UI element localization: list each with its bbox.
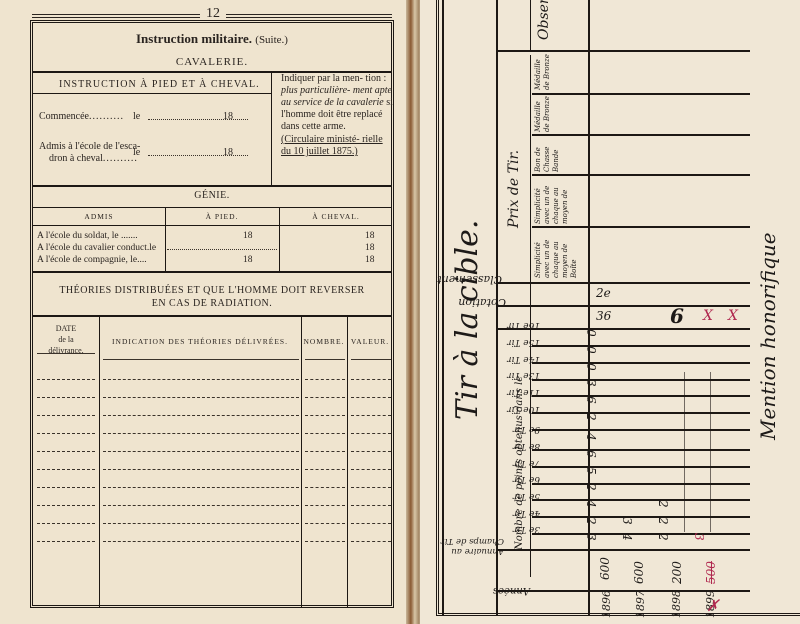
- divider: [532, 134, 750, 136]
- genie-soldat-cheval: 18: [365, 231, 375, 241]
- genie-col-admis: ADMIS: [33, 212, 165, 221]
- genie-compagnie-cheval: 18: [365, 255, 375, 265]
- classement-header: Classement: [437, 273, 502, 286]
- tir-row-label: 15e Tir: [507, 337, 540, 347]
- commencee-le: le: [133, 111, 140, 122]
- annee-2: 1897: [634, 590, 647, 618]
- theory-row-line[interactable]: [103, 523, 299, 524]
- tir-row-label: 10e Tir: [507, 404, 540, 414]
- observations-header: Observations: [536, 0, 552, 40]
- tir-score: 4: [620, 533, 634, 541]
- prix-col-simplicite-1: Simplicité avec un de chaque au moyen de: [534, 174, 570, 224]
- divider: [347, 315, 348, 607]
- divider: [532, 93, 750, 95]
- divider: [33, 271, 391, 273]
- tir-score: 3: [620, 517, 634, 525]
- divider: [442, 0, 444, 616]
- tir-score: 2: [584, 483, 598, 491]
- theory-row-line[interactable]: [305, 541, 345, 542]
- divider: [684, 372, 685, 532]
- tir-row-divider: [532, 395, 750, 397]
- annuaire-1896: 600: [598, 557, 612, 580]
- admis-escadron-date-field[interactable]: [148, 155, 248, 156]
- annuaire-1899: 500: [704, 561, 718, 584]
- cotation-red-mark-2: X: [728, 308, 738, 324]
- cotation-red-mark-1: X: [703, 308, 713, 324]
- theory-row-line[interactable]: [351, 379, 391, 380]
- theory-row-line[interactable]: [351, 397, 391, 398]
- cavalerie-note: Indiquer par la men- tion : plus particu…: [281, 73, 393, 158]
- theory-row-line[interactable]: [37, 397, 95, 398]
- commencee-year: 18: [223, 111, 233, 122]
- tir-row-divider: [532, 499, 750, 501]
- divider: [33, 225, 391, 226]
- genie-row-cavalier: A l'école du cavalier conduct.le: [37, 243, 156, 253]
- right-page: Tir à la cible. Observations Prix de Tir…: [420, 0, 800, 624]
- prix-col-simplicite-2: Simplicité avec un de chaque au moyen de…: [534, 228, 579, 278]
- mention-honorifique: Mention honorifique: [756, 232, 780, 440]
- prix-col-medaille: Médaille de Bronze: [534, 96, 552, 132]
- tir-row-label: 5e Tir: [513, 491, 540, 501]
- theory-row-line[interactable]: [37, 523, 95, 524]
- tir-score: 0: [584, 346, 598, 354]
- cavalerie-subheading: INSTRUCTION À PIED ET À CHEVAL.: [59, 79, 260, 90]
- divider: [33, 315, 391, 317]
- commencee-label: Commencée..........: [39, 111, 124, 122]
- genie-heading: GÉNIE.: [33, 190, 391, 201]
- theory-row-line[interactable]: [37, 541, 95, 542]
- annuaire-1897: 600: [632, 561, 646, 584]
- theory-row-line[interactable]: [305, 415, 345, 416]
- tir-score: 2: [584, 517, 598, 525]
- tir-row-divider: [532, 516, 750, 518]
- col-indication: INDICATION DES THÉORIES DÉLIVRÉES.: [99, 337, 301, 346]
- annee-3: 1898: [670, 590, 683, 618]
- tir-score: 4: [584, 433, 598, 441]
- theory-row-line[interactable]: [37, 505, 95, 506]
- tir-row-divider: [532, 533, 750, 535]
- theory-row-line[interactable]: [351, 415, 391, 416]
- genie-col-cheval: À CHEVAL.: [279, 212, 393, 221]
- tir-score: 3: [584, 379, 598, 387]
- theory-row-line[interactable]: [351, 469, 391, 470]
- divider: [530, 0, 531, 50]
- theory-row-line[interactable]: [103, 469, 299, 470]
- cotation-mark-c: 6: [670, 304, 684, 328]
- cavalerie-heading: CAVALERIE.: [33, 56, 391, 68]
- theories-heading-1: THÉORIES DISTRIBUÉES ET QUE L'HOMME DOIT…: [33, 285, 391, 296]
- genie-cavalier-cheval: 18: [365, 243, 375, 253]
- divider: [498, 282, 750, 284]
- tir-row-label: 16e Tir: [507, 320, 540, 330]
- theory-row-line[interactable]: [351, 451, 391, 452]
- tir-row-divider: [532, 379, 750, 381]
- theory-row-line[interactable]: [103, 451, 299, 452]
- genie-cavalier-pied-field[interactable]: [167, 249, 277, 250]
- row-line: [305, 359, 345, 360]
- divider: [279, 207, 280, 271]
- tir-score: 6: [584, 450, 598, 458]
- annuaire-header: Annuaire au Champs de Tir: [428, 536, 504, 556]
- theory-row-line[interactable]: [351, 523, 391, 524]
- form-frame: Instruction militaire. (Suite.) CAVALERI…: [30, 20, 394, 608]
- prix-col-medaille-bronze: Médaille de Bronze: [534, 54, 552, 90]
- theory-row-line[interactable]: [305, 451, 345, 452]
- theory-row-line[interactable]: [351, 505, 391, 506]
- divider: [99, 315, 100, 607]
- genie-row-compagnie: A l'école de compagnie, le....: [37, 255, 147, 265]
- divider: [498, 305, 750, 307]
- tir-score: 2: [584, 413, 598, 421]
- theory-row-line[interactable]: [351, 541, 391, 542]
- classement-value: 2e: [596, 286, 611, 300]
- section-title: Tir à la cible.: [450, 220, 485, 420]
- tir-score: 6: [584, 396, 598, 404]
- annee-1: 1896: [600, 590, 613, 618]
- col-nombre: NOMBRE.: [301, 337, 347, 346]
- tir-score: 3: [692, 533, 706, 541]
- divider: [498, 549, 750, 551]
- annuaire-1898: 200: [670, 561, 684, 584]
- col-date: DATE de la délivrance.: [33, 323, 99, 356]
- tir-score: 5: [584, 467, 598, 475]
- divider: [271, 73, 272, 185]
- tir-row-label: 8e Tir: [513, 441, 540, 451]
- theory-row-line[interactable]: [37, 487, 95, 488]
- theory-row-line[interactable]: [305, 487, 345, 488]
- tir-score: 2: [656, 533, 670, 541]
- theory-row-line[interactable]: [305, 505, 345, 506]
- tir-row-label: 9e Tir: [513, 424, 540, 434]
- genie-col-pied: À PIED.: [165, 212, 279, 221]
- theory-row-line[interactable]: [305, 523, 345, 524]
- divider: [710, 372, 711, 532]
- theory-row-line[interactable]: [103, 541, 299, 542]
- tir-row-label: 4e Tir: [513, 508, 540, 518]
- genie-row-soldat: A l'école du soldat, le .......: [37, 231, 138, 241]
- tir-row-divider: [532, 429, 750, 431]
- tir-score: 2: [656, 517, 670, 525]
- tir-row-label: 14e Tir: [507, 354, 540, 364]
- divider: [33, 93, 271, 94]
- admis-escadron-le: le: [133, 147, 140, 158]
- annee-4-cross-mark: ✗: [706, 596, 719, 615]
- tir-row-label: 6e Tir: [513, 474, 540, 484]
- admis-escadron-label: Admis à l'école de l'esca-: [39, 141, 140, 152]
- tir-row-divider: [532, 362, 750, 364]
- theory-row-line[interactable]: [351, 433, 391, 434]
- theory-row-line[interactable]: [103, 415, 299, 416]
- title-text: Instruction militaire.: [136, 31, 252, 46]
- tir-score: 3: [584, 533, 598, 541]
- tir-score: 4: [584, 500, 598, 508]
- theory-row-line[interactable]: [103, 433, 299, 434]
- theory-row-line[interactable]: [305, 433, 345, 434]
- theory-row-line[interactable]: [305, 397, 345, 398]
- cotation-header: Cotation: [458, 296, 506, 309]
- page-title: Instruction militaire. (Suite.): [33, 31, 391, 47]
- theory-row-line[interactable]: [103, 379, 299, 380]
- theory-row-line[interactable]: [37, 469, 95, 470]
- tir-row-divider: [532, 449, 750, 451]
- tir-score: 0: [584, 363, 598, 371]
- theory-row-line[interactable]: [103, 505, 299, 506]
- theory-row-line[interactable]: [37, 415, 95, 416]
- theory-row-line[interactable]: [305, 379, 345, 380]
- col-valeur: VALEUR.: [347, 337, 393, 346]
- theory-row-line[interactable]: [103, 397, 299, 398]
- theory-row-line[interactable]: [37, 379, 95, 380]
- row-line: [351, 359, 391, 360]
- theory-row-line[interactable]: [37, 433, 95, 434]
- left-page: 12 Instruction militaire. (Suite.) CAVAL…: [0, 0, 412, 624]
- prix-de-tir-header: Prix de Tir.: [506, 150, 522, 228]
- theory-row-line[interactable]: [37, 451, 95, 452]
- divider: [33, 185, 391, 187]
- tir-row-label: 7e Tir: [513, 458, 540, 468]
- admis-escadron-label2: dron à cheval..........: [49, 153, 138, 164]
- tir-score: 0: [584, 329, 598, 337]
- tir-row-divider: [532, 412, 750, 414]
- divider: [33, 207, 391, 208]
- title-suffix: (Suite.): [255, 34, 288, 46]
- commencee-date-field[interactable]: [148, 119, 248, 120]
- theory-row-line[interactable]: [103, 487, 299, 488]
- tir-row-divider: [532, 466, 750, 468]
- prix-col-bon-chasse: Bon de Chasse Bande: [534, 136, 561, 172]
- row-line: [37, 353, 95, 354]
- divider: [165, 207, 166, 271]
- tir-row-label: 13e Tir: [507, 370, 540, 380]
- tir-row-divider: [532, 483, 750, 485]
- row-line: [103, 359, 299, 360]
- tir-row-label: 11e Tir: [507, 387, 540, 397]
- theory-row-line[interactable]: [351, 487, 391, 488]
- cotation-value: 36: [596, 309, 611, 323]
- genie-compagnie-pied: 18: [243, 255, 253, 265]
- genie-soldat-pied: 18: [243, 231, 253, 241]
- theories-heading-2: EN CAS DE RADIATION.: [33, 298, 391, 309]
- tir-row-label: 3e Tir: [513, 524, 540, 534]
- tir-score: 2: [656, 500, 670, 508]
- divider: [498, 50, 750, 52]
- theory-row-line[interactable]: [305, 469, 345, 470]
- divider: [301, 315, 302, 607]
- annees-header: Années: [493, 585, 530, 596]
- tir-row-divider: [532, 345, 750, 347]
- admis-escadron-year: 18: [223, 147, 233, 158]
